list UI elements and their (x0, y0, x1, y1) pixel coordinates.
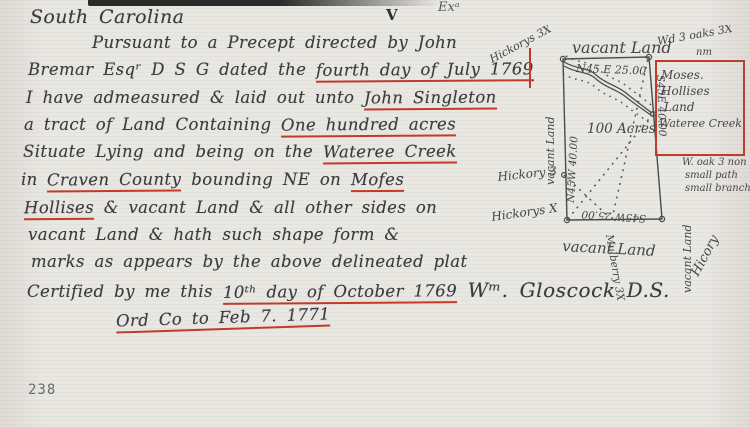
body-line-4: a tract of Land Containing One hundred a… (24, 115, 456, 137)
body-line-2: Bremar Esqʳ D S G dated the fourth day o… (28, 60, 534, 82)
area-label: 100 Acres (587, 121, 656, 137)
oak-note2-label: nm (696, 47, 712, 58)
red-box-line: Hollises (660, 84, 710, 98)
page-number: 238 (28, 382, 56, 398)
left-bearing-label: N45W 40.00 (565, 136, 581, 205)
plat-svg: vacant Land Hickorys 3X N45 E 25.00 N45W… (490, 25, 750, 355)
plat-diagram: vacant Land Hickorys 3X N45 E 25.00 N45W… (490, 25, 750, 359)
red-underlined-text: Ord Co to Feb 7. 1771 (116, 304, 331, 333)
red-underlined-text: Craven County (47, 170, 181, 193)
title-text: South Carolina (30, 6, 184, 28)
left-tree-bottom-label: Hickorys X (490, 201, 559, 224)
red-box-line: Wateree Creek (659, 117, 742, 130)
dotted-traverse-line (612, 59, 648, 219)
top-bearing-label: N45 E 25.00 (575, 62, 647, 77)
body-line-7: Hollises & vacant Land & all other sides… (24, 198, 437, 220)
body-line-9: marks as appears by the above delineated… (31, 252, 467, 271)
recording-note: Ord Co to Feb 7. 1771 (116, 305, 331, 333)
red-box-line: Moses. (660, 68, 704, 82)
text-run: marks as appears by the above delineated… (31, 252, 467, 271)
right-tree-note-line: W. oak 3 non (682, 157, 747, 168)
text-run: a tract of Land Containing (24, 115, 281, 134)
red-box-line: Land (663, 100, 695, 114)
red-underlined-text: Mofes (351, 170, 404, 192)
text-run: vacant Land & hath such shape form & (28, 225, 399, 244)
text-run: in (21, 170, 47, 189)
creek-bank-dots (563, 74, 651, 124)
red-underlined-text: One hundred acres (281, 114, 456, 137)
text-run: & vacant Land & all other sides on (94, 198, 437, 217)
text-run: Situate Lying and being on the (23, 142, 323, 161)
exam-note: Exᵃ (438, 0, 460, 15)
body-line-5: Situate Lying and being on the Wateree C… (23, 142, 456, 164)
corner-tree-label: Hickorys 3X (490, 25, 554, 66)
red-underlined-text: Hollises (24, 198, 94, 220)
text-run: Certified by me this (27, 282, 223, 301)
right-land-label: vacant Land (681, 225, 694, 293)
scanned-survey-document: South Carolina V Exᵃ Pursuant to a Prece… (0, 0, 750, 427)
oak-note-label: Wd 3 oaks 3X (656, 25, 734, 48)
body-line-3: I have admeasured & laid out unto John S… (26, 88, 497, 110)
body-line-6: in Craven County bounding NE on Mofes (21, 170, 404, 192)
body-line-8: vacant Land & hath such shape form & (28, 225, 399, 244)
document-title: South Carolina (30, 6, 184, 28)
text-run: bounding NE on (182, 170, 351, 189)
text-run: Pursuant to a Precept directed by John (92, 33, 457, 52)
text-run: Bremar Esqʳ D S G dated the (28, 60, 316, 79)
red-underlined-text: 10ᵗʰ day of October 1769 (223, 281, 457, 305)
bottom-bearing-label: S45W 25.00 (581, 208, 647, 225)
body-line-1: Pursuant to a Precept directed by John (92, 33, 457, 52)
text-run: I have admeasured & laid out unto (26, 88, 364, 107)
right-tree-note-line: small path (685, 170, 738, 181)
red-underlined-text: John Singleton (364, 88, 497, 111)
check-mark: V (386, 6, 398, 24)
right-tree-note-line: small branch (685, 183, 750, 194)
red-underlined-text: Wateree Creek (323, 142, 457, 165)
